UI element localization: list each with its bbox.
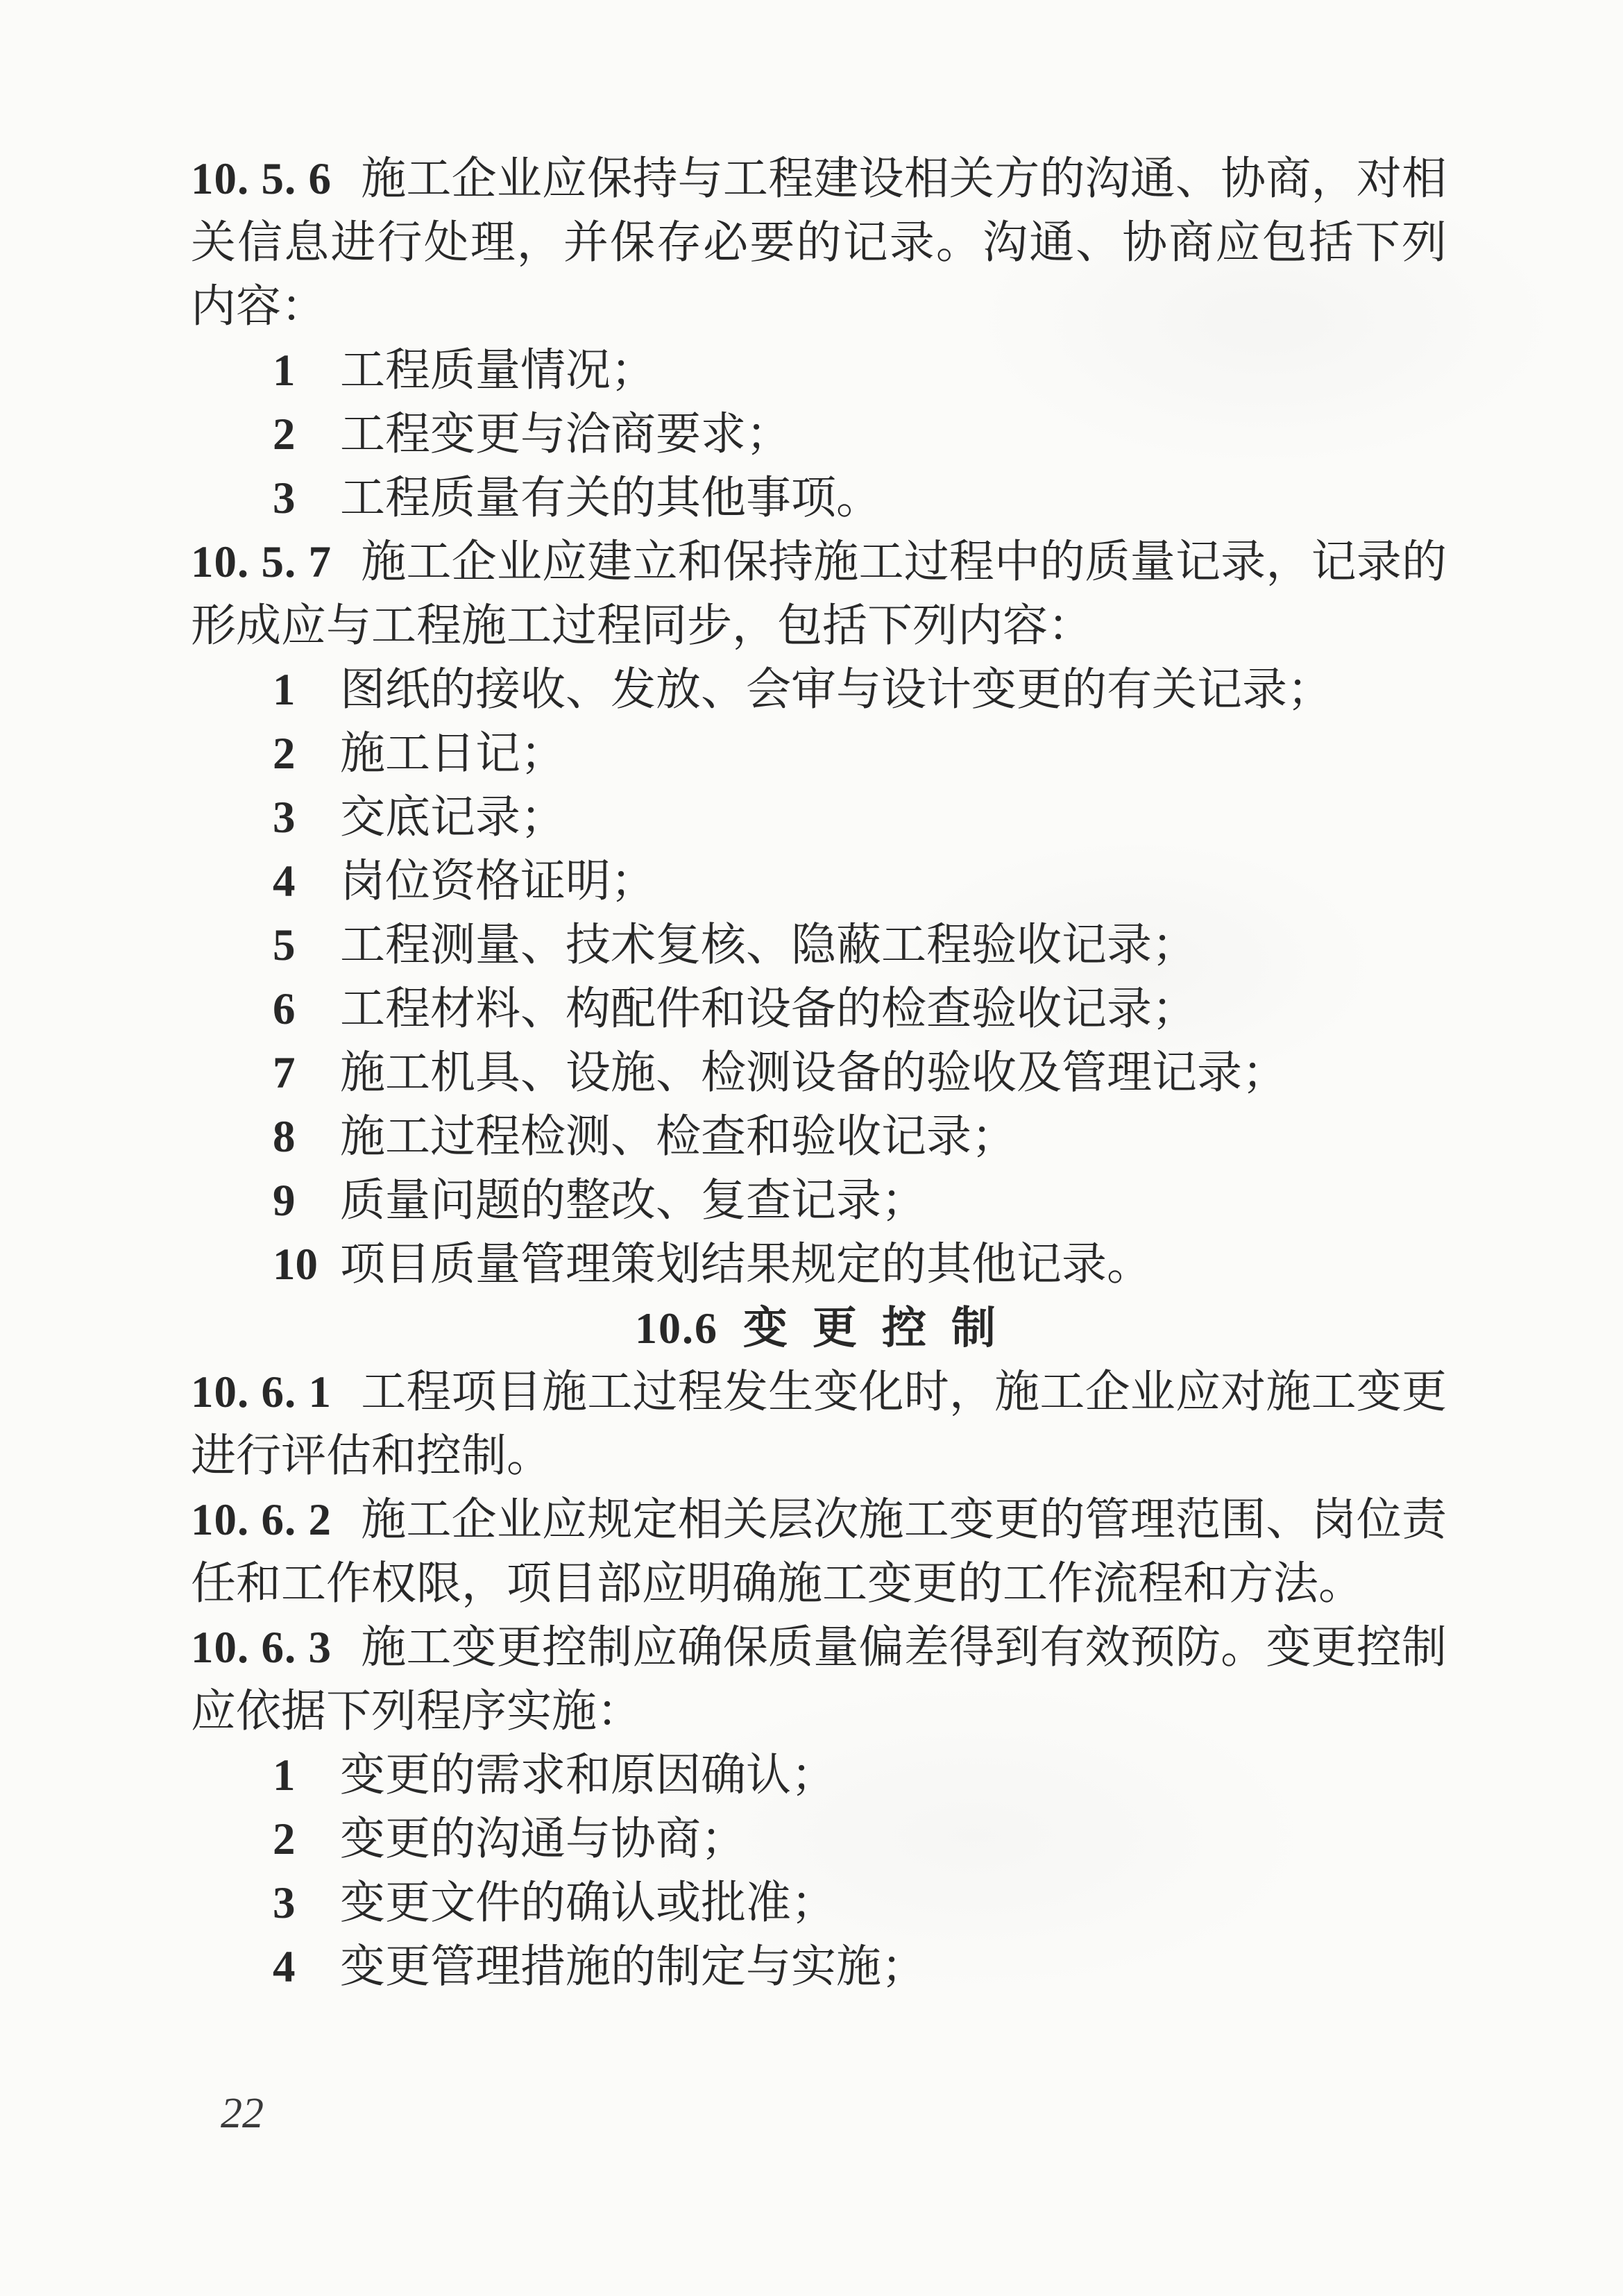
clause-paragraph: 10. 6. 2施工企业应规定相关层次施工变更的管理范围、岗位责任和工作权限，项… (191, 1488, 1447, 1616)
item-number: 3 (273, 1871, 340, 1935)
list-item: 9质量问题的整改、复查记录； (191, 1169, 1447, 1233)
list-item: 6工程材料、构配件和设备的检查验收记录； (191, 977, 1447, 1041)
clause-text: 施工企业应建立和保持施工过程中的质量记录，记录的形成应与工程施工过程同步，包括下… (191, 537, 1447, 651)
list-item: 1图纸的接收、发放、会审与设计变更的有关记录； (191, 658, 1447, 722)
list-item: 1变更的需求和原因确认； (191, 1744, 1447, 1807)
clause-paragraph: 10. 5. 7施工企业应建立和保持施工过程中的质量记录，记录的形成应与工程施工… (191, 530, 1447, 658)
item-text: 变更管理措施的制定与实施； (340, 1942, 926, 1992)
item-text: 工程变更与洽商要求； (340, 410, 791, 459)
clause-paragraph: 10. 6. 3施工变更控制应确保质量偏差得到有效预防。变更控制应依据下列程序实… (191, 1616, 1447, 1744)
item-text: 施工机具、设施、检测设备的验收及管理记录； (340, 1048, 1287, 1098)
item-text: 交底记录； (340, 793, 566, 843)
item-number: 8 (273, 1105, 340, 1169)
clause-paragraph: 10. 5. 6施工企业应保持与工程建设相关方的沟通、协商，对相关信息进行处理，… (191, 147, 1447, 339)
clause-text: 施工企业应保持与工程建设相关方的沟通、协商，对相关信息进行处理，并保存必要的记录… (191, 154, 1447, 332)
item-text: 工程质量有关的其他事项。 (340, 473, 881, 523)
list-item: 7施工机具、设施、检测设备的验收及管理记录； (191, 1041, 1447, 1105)
clause-number: 10. 6. 1 (191, 1360, 361, 1424)
item-number: 7 (273, 1041, 340, 1105)
item-number: 2 (273, 722, 340, 786)
clause-number: 10. 5. 7 (191, 530, 361, 594)
scanned-document-page: 10. 5. 6施工企业应保持与工程建设相关方的沟通、协商，对相关信息进行处理，… (0, 0, 1623, 2296)
heading-number: 10.6 (635, 1303, 718, 1353)
list-item: 3交底记录； (191, 786, 1447, 850)
list-item: 4岗位资格证明； (191, 850, 1447, 913)
item-text: 工程材料、构配件和设备的检查验收记录； (340, 984, 1197, 1034)
item-number: 6 (273, 977, 340, 1041)
item-number: 4 (273, 850, 340, 913)
item-text: 图纸的接收、发放、会审与设计变更的有关记录； (340, 665, 1332, 715)
list-item: 4变更管理措施的制定与实施； (191, 1935, 1447, 1999)
item-text: 变更的需求和原因确认； (340, 1750, 836, 1800)
item-number: 1 (273, 1744, 340, 1807)
clause-text: 工程项目施工过程发生变化时，施工企业应对施工变更进行评估和控制。 (191, 1367, 1447, 1481)
item-text: 施工过程检测、检查和验收记录； (340, 1112, 1017, 1162)
list-item: 8施工过程检测、检查和验收记录； (191, 1105, 1447, 1169)
heading-text: 变 更 控 制 (743, 1303, 1003, 1353)
list-item: 3工程质量有关的其他事项。 (191, 466, 1447, 530)
item-text: 变更的沟通与协商； (340, 1814, 746, 1864)
document-body: 10. 5. 6施工企业应保持与工程建设相关方的沟通、协商，对相关信息进行处理，… (191, 147, 1447, 1999)
item-number: 1 (273, 339, 340, 403)
list-item: 5工程测量、技术复核、隐蔽工程验收记录； (191, 913, 1447, 977)
item-number: 2 (273, 1807, 340, 1871)
item-number: 2 (273, 403, 340, 466)
page-number: 22 (221, 2089, 264, 2138)
clause-text: 施工企业应规定相关层次施工变更的管理范围、岗位责任和工作权限，项目部应明确施工变… (191, 1495, 1447, 1609)
list-item: 2工程变更与洽商要求； (191, 403, 1447, 466)
item-number: 3 (273, 466, 340, 530)
item-text: 项目质量管理策划结果规定的其他记录。 (340, 1240, 1152, 1290)
item-text: 工程测量、技术复核、隐蔽工程验收记录； (340, 920, 1197, 970)
clause-number: 10. 6. 2 (191, 1488, 361, 1552)
clause-number: 10. 5. 6 (191, 147, 361, 211)
list-item: 3变更文件的确认或批准； (191, 1871, 1447, 1935)
list-item: 1工程质量情况； (191, 339, 1447, 403)
item-text: 质量问题的整改、复查记录； (340, 1176, 926, 1226)
item-number: 4 (273, 1935, 340, 1999)
item-number: 5 (273, 913, 340, 977)
list-item: 10项目质量管理策划结果规定的其他记录。 (191, 1233, 1447, 1297)
clause-text: 施工变更控制应确保质量偏差得到有效预防。变更控制应依据下列程序实施： (191, 1623, 1447, 1737)
item-number: 10 (273, 1233, 340, 1297)
item-text: 岗位资格证明； (340, 856, 656, 906)
clause-number: 10. 6. 3 (191, 1616, 361, 1680)
item-text: 施工日记； (340, 729, 566, 779)
item-number: 9 (273, 1169, 340, 1233)
list-item: 2施工日记； (191, 722, 1447, 786)
item-text: 工程质量情况； (340, 346, 656, 396)
item-text: 变更文件的确认或批准； (340, 1878, 836, 1928)
clause-paragraph: 10. 6. 1工程项目施工过程发生变化时，施工企业应对施工变更进行评估和控制。 (191, 1360, 1447, 1488)
list-item: 2变更的沟通与协商； (191, 1807, 1447, 1871)
item-number: 1 (273, 658, 340, 722)
section-heading: 10.6变 更 控 制 (191, 1297, 1447, 1360)
item-number: 3 (273, 786, 340, 850)
